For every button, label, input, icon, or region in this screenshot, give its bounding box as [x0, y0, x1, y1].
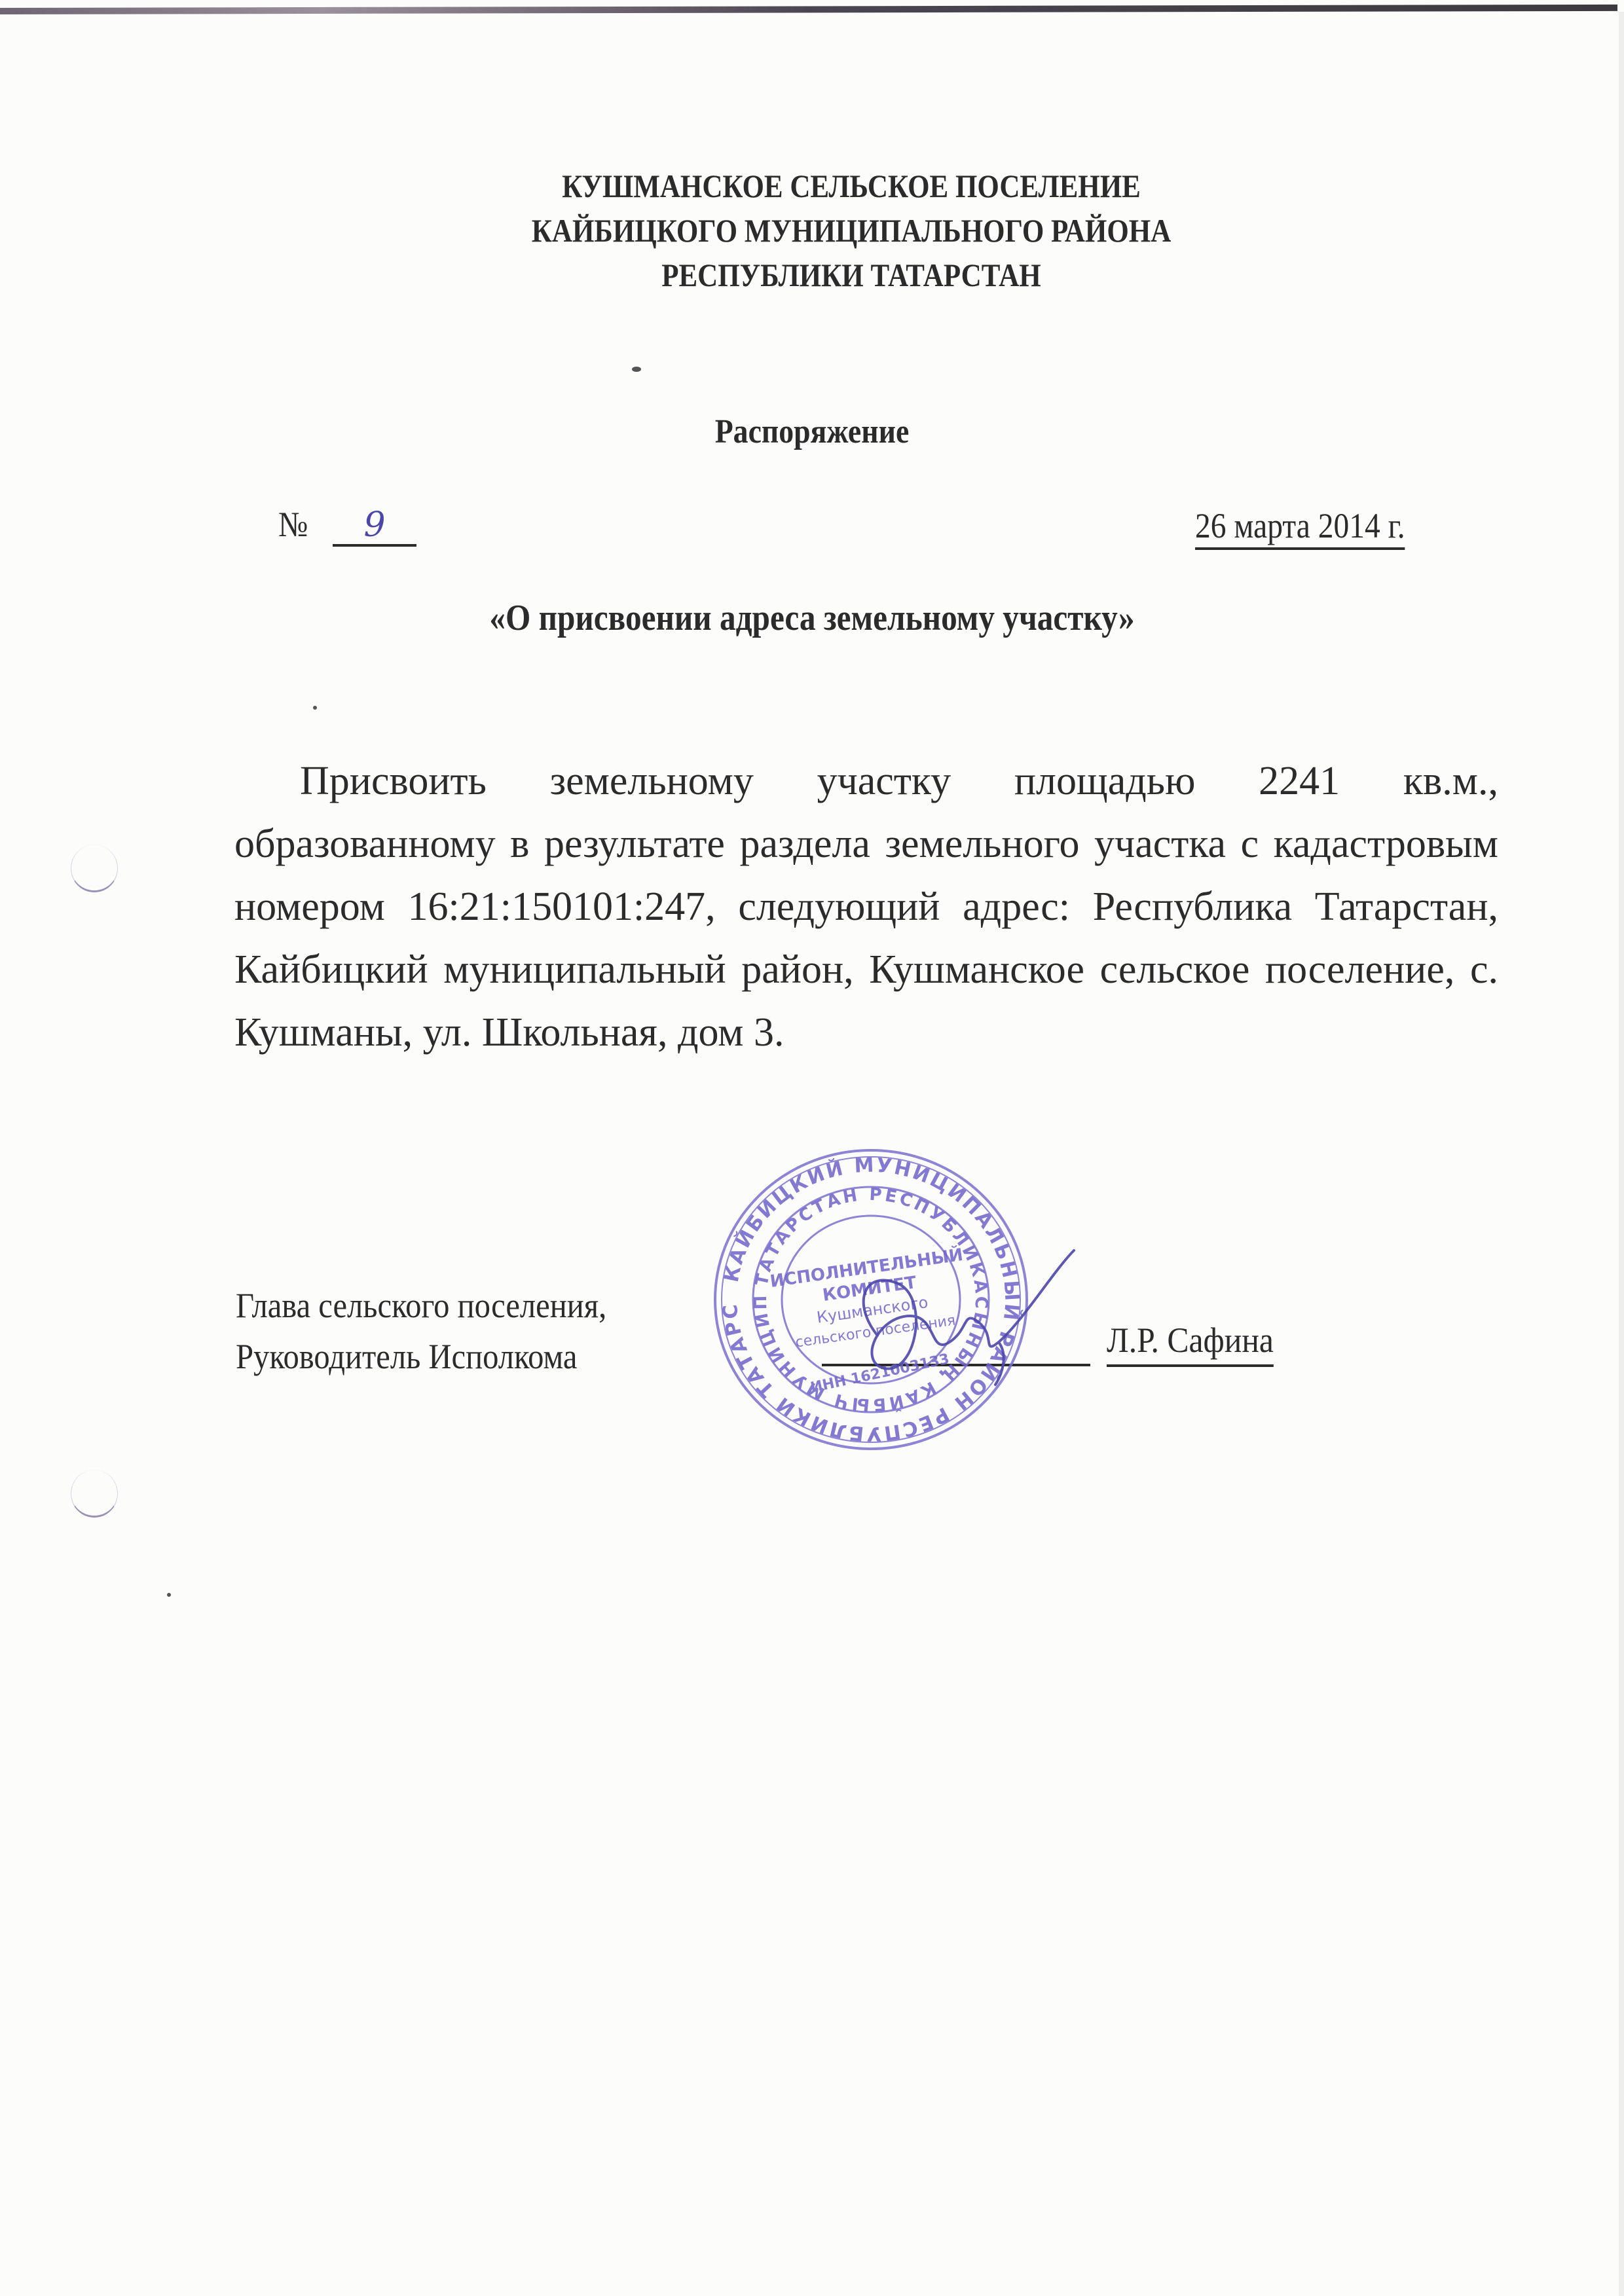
signer-title-line-2: Руководитель Исполкома: [236, 1331, 606, 1382]
document-number: № 9: [278, 504, 416, 547]
scan-top-edge: [0, 5, 1617, 14]
signer-name: Л.Р. Сафина: [1107, 1316, 1274, 1367]
handwritten-signature: [838, 1244, 1087, 1388]
scan-speck: [313, 706, 317, 710]
document-type-title: Распоряжение: [98, 412, 1526, 451]
signer-title: Глава сельского поселения, Руководитель …: [236, 1280, 648, 1382]
number-value-handwritten: 9: [333, 506, 416, 547]
header-line-2: КАЙБИЦКОГО МУНИЦИПАЛЬНОГО РАЙОНА: [457, 208, 1246, 253]
body-paragraph: Присвоить земельному участку площадью 22…: [234, 759, 1498, 1055]
scan-right-edge: [1619, 12, 1624, 2296]
scan-speck: [167, 1593, 171, 1597]
header-line-3: РЕСПУБЛИКИ ТАТАРСТАН: [457, 253, 1246, 297]
scan-speck: [632, 367, 641, 372]
number-label: №: [278, 504, 308, 545]
hole-punch-mark: [71, 1470, 118, 1518]
signer-title-line-1: Глава сельского поселения,: [236, 1280, 606, 1331]
document-subject: «О присвоении адреса земельному участку»: [98, 597, 1526, 639]
organization-header: КУШМАНСКОЕ СЕЛЬСКОЕ ПОСЕЛЕНИЕ КАЙБИЦКОГО…: [457, 164, 1246, 297]
hole-punch-mark: [71, 845, 118, 892]
document-date: 26 марта 2014 г.: [1195, 504, 1405, 550]
document-body: Присвоить земельному участку площадью 22…: [234, 750, 1498, 1064]
header-line-1: КУШМАНСКОЕ СЕЛЬСКОЕ ПОСЕЛЕНИЕ: [457, 164, 1246, 208]
